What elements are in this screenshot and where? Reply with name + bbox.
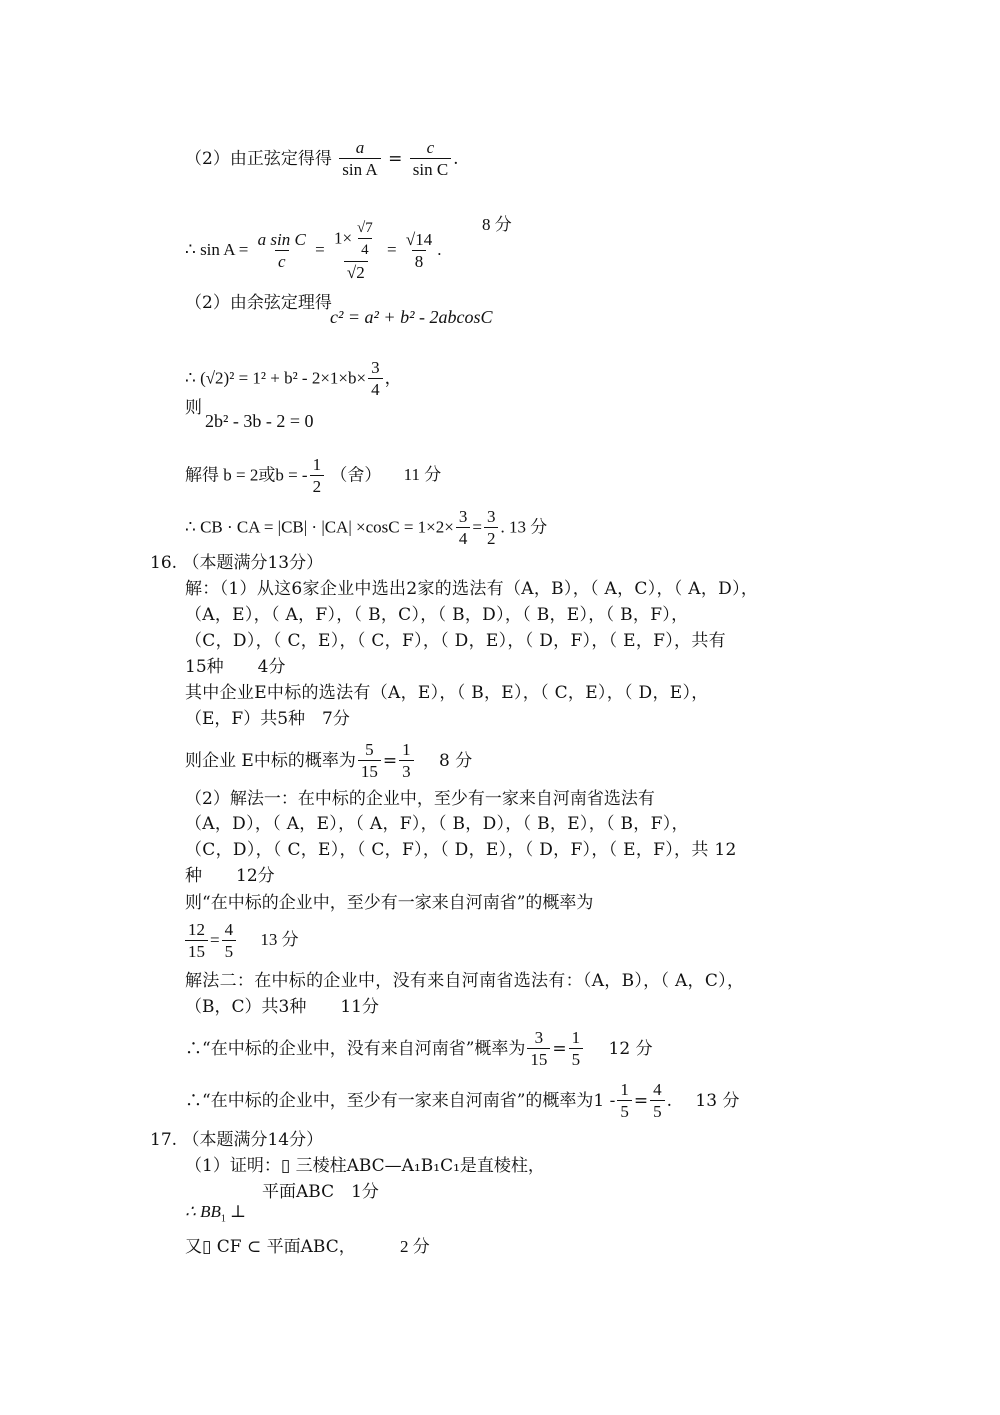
method-1-line-3: 种 12分 (185, 865, 275, 887)
fraction: a sin Cc (255, 230, 309, 273)
q17-also-line: 又▯ CF ⊂ 平面ABC， (185, 1236, 356, 1258)
q17-perp-plane: 平面ABC 1分 (262, 1181, 379, 1203)
method-2-line-2: （B，C）共3种 11分 (185, 996, 379, 1018)
fraction: csin C (410, 138, 451, 181)
fraction: 1×√74 √2 (331, 218, 381, 284)
sine-law-line: （2）由正弦定得得 asin A = csin C. (185, 138, 459, 181)
method-1-line-1: （A，D），（ A，E），（ A，F），（ B，D），（ B，E），（ B，F）… (185, 813, 689, 835)
question-16-header: 16. （本题满分13分） (150, 552, 323, 574)
method-2-line-1: 解法二：在中标的企业中，没有来自河南省选法有：（A，B），（ A，C）， (185, 970, 744, 992)
sinA-line: ∴ sin A = a sin Cc = 1×√74 √2 = √148. (185, 218, 441, 284)
quadratic-equation: 2b² - 3b - 2 = 0 (205, 410, 314, 432)
method-1-prob: 1215=45 13 分 (185, 920, 299, 963)
fraction: asin A (339, 138, 380, 181)
score-label: 8 分 (482, 214, 512, 236)
score-label: 13 分 (260, 930, 298, 949)
fraction: 32 (484, 507, 499, 550)
prob-e-line: 则企业 E中标的概率为515=13 8 分 (185, 740, 472, 783)
score-label: 13 分 (509, 517, 547, 536)
q17-perp-line: ∴ BB1 ⊥ (185, 1201, 246, 1230)
cos-law-label: （2）由余弦定理得 (185, 292, 332, 314)
q16-line-6: （E，F）共5种 7分 (185, 708, 350, 730)
fraction: 34 (368, 358, 383, 401)
q16-line-2: （A，E），（ A，F），（ B，C），（ B，D），（ B，E），（ B，F）… (185, 604, 688, 626)
then-label: 则 (185, 397, 202, 419)
method-1-title: （2）解法一：在中标的企业中，至少有一家来自河南省选法有 (185, 788, 655, 810)
method-2-prob-1: ∴“在中标的企业中，没有来自河南省”概率为315=15 12 分 (185, 1028, 653, 1071)
fraction: 315 (527, 1028, 550, 1071)
q17-proof-line: （1）证明：▯ 三棱柱ABC—A₁B₁C₁是直棱柱， (185, 1155, 545, 1177)
fraction: 15 (569, 1028, 584, 1071)
fraction: 45 (650, 1080, 665, 1123)
score-label: 12 分 (609, 1039, 653, 1059)
method-2-prob-2: ∴“在中标的企业中，至少有一家来自河南省”的概率为1 -15=45. 13 分 (185, 1080, 739, 1123)
q16-line-4: 15种 4分 (185, 656, 285, 678)
method-1-prob-text: 则“在中标的企业中，至少有一家来自河南省”的概率为 (185, 892, 593, 914)
score-label: 11 分 (404, 465, 442, 484)
q16-line-3: （C，D），（ C，E），（ C，F），（ D，E），（ D，F），（ E，F）… (185, 630, 726, 652)
q16-line-5: 其中企业E中标的选法有（A，E），（ B，E），（ C，E），（ D，E）， (185, 682, 709, 704)
fraction: √148 (403, 230, 435, 273)
fraction: 515 (358, 740, 381, 783)
method-1-line-2: （C，D），（ C，E），（ C，F），（ D，E），（ D，F），（ E，F）… (185, 839, 737, 861)
sine-law-label: （2）由正弦定得得 (185, 149, 332, 169)
score-label: 8 分 (439, 751, 472, 771)
score-label: 13 分 (695, 1091, 739, 1111)
q16-line-1: 解：（1）从这6家企业中选出2家的选法有（A，B），（ A，C），（ A，D）， (185, 578, 758, 600)
solve-line: 解得 b = 2或b = -12 （舍） 11 分 (185, 455, 441, 498)
dot-product-line: ∴ CB · CA = |CB| · |CA| ×cosC = 1×2×34=3… (185, 507, 547, 550)
cos-law-formula: c² = a² + b² - 2abcosC (330, 306, 492, 328)
score-label: 2 分 (400, 1236, 430, 1258)
fraction: 13 (399, 740, 414, 783)
fraction: 1215 (185, 920, 208, 963)
substitute-line: ∴ (√2)² = 1² + b² - 2×1×b×34， (185, 358, 402, 401)
fraction: 15 (617, 1080, 632, 1123)
fraction: 34 (456, 507, 471, 550)
fraction: 45 (222, 920, 237, 963)
question-17-header: 17. （本题满分14分） (150, 1129, 323, 1151)
fraction: 12 (310, 455, 325, 498)
